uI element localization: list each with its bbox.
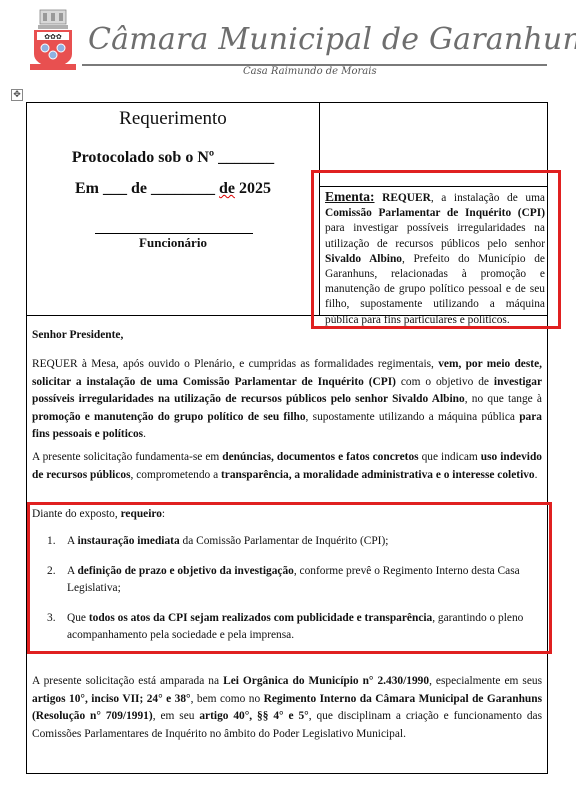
highlight-box-ementa: [311, 170, 561, 329]
text: , comprometendo a: [131, 469, 221, 481]
paragraph-grounds[interactable]: A presente solicitação fundamenta-se em …: [32, 449, 542, 484]
protocol-date-field: Em ___ de ________ de 2025: [27, 180, 319, 198]
text: A presente solicitação está amparada na: [32, 675, 223, 687]
bold-text: promoção e manutenção do grupo político …: [32, 411, 306, 423]
svg-text:✿✿✿: ✿✿✿: [44, 33, 62, 41]
paragraph-request[interactable]: REQUER à Mesa, após ouvido o Plenário, e…: [32, 356, 542, 444]
text: , supostamente utilizando a máquina públ…: [306, 411, 520, 423]
spellcheck-word: de: [219, 180, 235, 197]
text: com o objetivo de: [396, 376, 494, 388]
bold-text: transparência, a moralidade administrati…: [221, 469, 535, 481]
protocol-cell[interactable]: Requerimento Protocolado sob o Nº ______…: [27, 103, 319, 315]
text: , no que tange à: [465, 393, 542, 405]
text: A presente solicitação fundamenta-se em: [32, 451, 222, 463]
document-title: Requerimento: [27, 108, 319, 130]
salutation: Senhor Presidente,: [32, 327, 542, 345]
text: , especialmente em seus: [429, 675, 542, 687]
text: , em seu: [153, 710, 200, 722]
signature-label: Funcionário: [27, 235, 319, 251]
paragraph-legal-basis[interactable]: A presente solicitação está amparada na …: [32, 673, 542, 743]
protocol-number-field: Protocolado sob o Nº _______: [27, 149, 319, 167]
bold-text: artigos 10°, inciso VII; 24° e 38°: [32, 693, 191, 705]
table-move-handle-icon[interactable]: ✥: [11, 89, 23, 101]
text: .: [143, 428, 146, 440]
bold-text: denúncias, documentos e fatos concretos: [222, 451, 418, 463]
chamber-title: Câmara Municipal de Garanhuns: [88, 22, 576, 57]
bold-text: Lei Orgânica do Município n° 2.430/1990: [223, 675, 429, 687]
date-year: 2025: [235, 180, 271, 197]
text: , bem como no: [191, 693, 264, 705]
chamber-subtitle: Casa Raimundo de Morais: [243, 66, 377, 77]
text: que indicam: [419, 451, 481, 463]
date-prefix: Em ___ de ________: [75, 180, 219, 197]
text: .: [535, 469, 538, 481]
bold-text: artigo 40°, §§ 4° e 5°: [199, 710, 308, 722]
signature-line: [95, 233, 253, 234]
highlight-box-requests: [27, 502, 552, 654]
coat-of-arms-logo: ✿✿✿: [28, 8, 78, 72]
text: REQUER à Mesa, após ouvido o Plenário, e…: [32, 358, 438, 370]
